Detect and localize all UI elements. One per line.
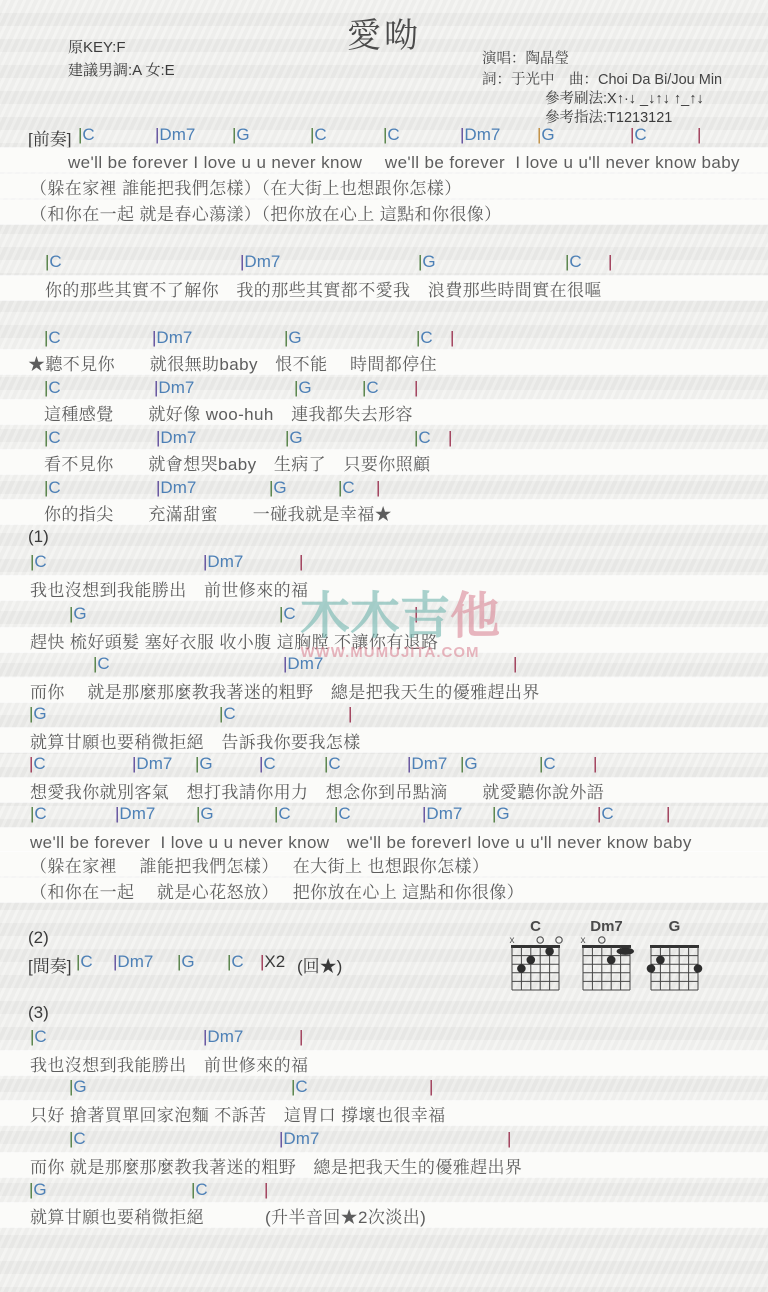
chord-token: |C <box>44 378 61 398</box>
chord-diagram-G: G <box>647 918 703 990</box>
finger-dot <box>647 964 656 973</box>
chord-token: |G <box>232 125 250 145</box>
chord-token: | <box>593 754 597 774</box>
lyric-line: （躲在家裡 誰能把我們怎樣）（在大街上也想跟你怎樣） <box>0 174 768 198</box>
chords-line: |C|Dm7|G|C| <box>0 378 768 402</box>
lyric-line: 我也沒想到我能勝出 前世修來的福 <box>0 576 768 600</box>
measure-bar: | <box>414 378 418 397</box>
lyric-text: 想愛我你就別客氣 想打我請你用力 想念你到吊點滴 就愛聽你說外語 <box>30 778 604 803</box>
chord-token: |Dm7 <box>407 754 447 774</box>
chord-token: |C <box>69 1129 86 1149</box>
barre <box>617 948 634 955</box>
chord-token: | <box>414 604 418 624</box>
chord-token: |C <box>29 754 46 774</box>
chord-token: | <box>299 552 303 572</box>
section-label: [間奏] <box>28 952 71 977</box>
lyric-text: 我也沒想到我能勝出 前世修來的福 <box>30 1051 308 1076</box>
chord-token: |G <box>196 804 214 824</box>
chord-token: |G <box>537 125 555 145</box>
chords-line: |C|Dm7|G|C|C|Dm7|G|C| <box>0 804 768 828</box>
open-string-marker <box>556 937 562 943</box>
chords-line: |C|Dm7|G|C|C|Dm7|G|C| <box>0 754 768 778</box>
chord-token: |G <box>177 952 195 972</box>
measure-bar: | <box>666 804 670 823</box>
nut <box>650 945 699 948</box>
measure-bar: | <box>513 654 517 673</box>
measure-bar: | <box>507 1129 511 1148</box>
chord-token: |C <box>227 952 244 972</box>
lyric-text: 這種感覺 就好像 woo-huh 連我都失去形容 <box>44 400 413 425</box>
chord-token: | <box>608 252 612 272</box>
lyric-text: （躲在家裡 誰能把我們怎樣）（在大街上也想跟你怎樣） <box>30 174 462 199</box>
lyric-text: 而你 就是那麼那麼教我著迷的粗野 總是把我天生的優雅趕出界 <box>30 678 540 703</box>
chord-token: |C <box>383 125 400 145</box>
chord-token: | <box>348 704 352 724</box>
lyric-line: 你的那些其實不了解你 我的那些其實都不愛我 浪費那些時間實在很嘔 <box>0 276 768 300</box>
chord-token: |Dm7 <box>460 125 500 145</box>
measure-bar: | <box>264 1180 268 1199</box>
chord-token: |C <box>30 804 47 824</box>
muted-string-marker: x <box>581 935 586 946</box>
chord-token: |G <box>284 328 302 348</box>
chord-token: | <box>264 1180 268 1200</box>
diagram-label: Dm7 <box>590 918 623 935</box>
finger-dot <box>545 947 554 956</box>
chord-token: |G <box>285 428 303 448</box>
lyric-text: （和你在一起 就是心花怒放） 把你放在心上 這點和你很像） <box>30 878 524 903</box>
chords-line: |C|Dm7| <box>0 552 768 576</box>
chords-line: |G|C| <box>0 1077 768 1101</box>
lyric-text: we'll be forever I love u u never know w… <box>30 828 692 853</box>
chord-token: |C <box>338 478 355 498</box>
chord-token: |G <box>294 378 312 398</box>
lyric-line: 你的指尖 充滿甜蜜 一碰我就是幸福★ <box>0 500 768 524</box>
lyric-line: 而你 就是那麼那麼教我著迷的粗野 總是把我天生的優雅趕出界 <box>0 678 768 702</box>
chord-token: | <box>429 1077 433 1097</box>
chord-token: |Dm7 <box>155 125 195 145</box>
chord-token: |C <box>44 478 61 498</box>
chord-token: |G <box>29 704 47 724</box>
chord-token: |C <box>291 1077 308 1097</box>
chords-line: |G|C| <box>0 1180 768 1204</box>
chords-line: |C|Dm7| <box>0 654 768 678</box>
lyric-text: （躲在家裡 誰能把我們怎樣） 在大街上 也想跟你怎樣） <box>30 852 489 877</box>
finger-dot <box>527 956 536 965</box>
lyric-text: 趕快 梳好頭髮 塞好衣服 收小腹 這胸膛 不讓你有退路 <box>30 628 438 653</box>
chord-diagram-C: Cx <box>510 918 563 990</box>
nut <box>511 945 560 948</box>
lyric-line: 就算甘願也要稍微拒絕 告訴我你要我怎樣 <box>0 728 768 752</box>
chord-token: |C <box>93 654 110 674</box>
label-line: (3) <box>0 1003 768 1027</box>
lyric-text: （和你在一起 就是春心蕩漾）（把你放在心上 這點和你很像） <box>30 200 502 225</box>
chord-token: |Dm7 <box>422 804 462 824</box>
chord-token: |G <box>492 804 510 824</box>
chord-token: | <box>448 428 452 448</box>
chord-token: |Dm7 <box>279 1129 319 1149</box>
chord-sheet-page: 愛呦 原KEY:F 建議男調:A 女:E 演唱：陶晶瑩 詞：于光中 曲：Choi… <box>0 0 768 1292</box>
chord-token: |G <box>418 252 436 272</box>
chord-token: | <box>697 125 701 145</box>
chords-line: |C|Dm7| <box>0 1027 768 1051</box>
chord-token: |C <box>630 125 647 145</box>
chord-token: | <box>507 1129 511 1149</box>
lyric-line: 只好 搶著買單回家泡麵 不訴苦 這胃口 撐壞也很幸福 <box>0 1101 768 1125</box>
measure-bar: | <box>448 428 452 447</box>
chord-token: |C <box>219 704 236 724</box>
chord-token: | <box>414 378 418 398</box>
measure-bar: | <box>697 125 701 144</box>
lyric-line: 這種感覺 就好像 woo-huh 連我都失去形容 <box>0 400 768 424</box>
chords-line: |C|Dm7|G|C| <box>0 252 768 276</box>
chord-token: |Dm7 <box>203 552 243 572</box>
section-label: [前奏] <box>28 125 71 150</box>
chord-token: |G <box>195 754 213 774</box>
lyric-text: 你的指尖 充滿甜蜜 一碰我就是幸福★ <box>44 500 392 525</box>
chord-token: |G <box>69 604 87 624</box>
finger-dot <box>517 964 526 973</box>
lyric-line: 我也沒想到我能勝出 前世修來的福 <box>0 1051 768 1075</box>
chord-token: |C <box>279 604 296 624</box>
chord-token: |Dm7 <box>113 952 153 972</box>
measure-bar: | <box>376 478 380 497</box>
chord-token: |C <box>44 328 61 348</box>
lyric-text: 而你 就是那麼那麼教我著迷的粗野 總是把我天生的優雅趕出界 <box>30 1153 522 1178</box>
chords-line: [前奏]|C|Dm7|G|C|C|Dm7|G|C| <box>0 125 768 149</box>
chord-token: |G <box>69 1077 87 1097</box>
lyric-line: we'll be forever I love u u never know w… <box>0 828 768 852</box>
chord-token: |C <box>324 754 341 774</box>
chords-line: |C|Dm7|G|C| <box>0 478 768 502</box>
section-label: (3) <box>28 1003 49 1023</box>
song-body: [前奏]|C|Dm7|G|C|C|Dm7|G|C|we'll be foreve… <box>0 0 768 1292</box>
measure-bar: | <box>299 552 303 571</box>
chord-token: | <box>299 1027 303 1047</box>
chord-token: |C <box>310 125 327 145</box>
lyric-line: ★聽不見你 就很無助baby 恨不能 時間都停住 <box>0 350 768 374</box>
chord-token: |C <box>76 952 93 972</box>
measure-bar: | <box>608 252 612 271</box>
chord-token: |G <box>29 1180 47 1200</box>
chord-token: |C <box>44 428 61 448</box>
chord-token: |C <box>414 428 431 448</box>
chord-token: |C <box>274 804 291 824</box>
muted-string-marker: x <box>510 935 515 946</box>
finger-dot <box>694 964 703 973</box>
finger-dot <box>656 956 665 965</box>
chord-diagrams: CxDm7xG <box>480 912 730 1004</box>
diagram-label: G <box>669 918 681 935</box>
lyric-text: ★聽不見你 就很無助baby 恨不能 時間都停住 <box>28 350 437 375</box>
measure-bar: | <box>348 704 352 723</box>
chord-token: |C <box>597 804 614 824</box>
finger-dot <box>607 956 616 965</box>
chords-line: |C|Dm7|G|C| <box>0 328 768 352</box>
section-label: (1) <box>28 527 49 547</box>
section-label: (2) <box>28 928 49 948</box>
chord-token: |C <box>191 1180 208 1200</box>
chord-token: |C <box>78 125 95 145</box>
lyric-line: （躲在家裡 誰能把我們怎樣） 在大街上 也想跟你怎樣） <box>0 852 768 876</box>
lyric-line: 想愛我你就別客氣 想打我請你用力 想念你到吊點滴 就愛聽你說外語 <box>0 778 768 802</box>
chords-line: |G|C| <box>0 704 768 728</box>
chord-token: |C <box>416 328 433 348</box>
open-string-marker <box>537 937 543 943</box>
chords-line: |G|C| <box>0 604 768 628</box>
chord-token: |C <box>259 754 276 774</box>
chord-token: |C <box>30 1027 47 1047</box>
measure-bar: | <box>450 328 454 347</box>
lyric-text: 看不見你 就會想哭baby 生病了 只要你照顧 <box>44 450 430 475</box>
chord-token: |Dm7 <box>115 804 155 824</box>
diagram-label: C <box>530 918 541 935</box>
chord-token: | <box>666 804 670 824</box>
chord-token: |C <box>362 378 379 398</box>
chord-token: |C <box>334 804 351 824</box>
lyric-text: 就算甘願也要稍微拒絕 告訴我你要我怎樣 <box>30 728 361 753</box>
chord-token: |Dm7 <box>283 654 323 674</box>
chord-token: |G <box>460 754 478 774</box>
lyric-line: 看不見你 就會想哭baby 生病了 只要你照顧 <box>0 450 768 474</box>
chord-token: |Dm7 <box>156 478 196 498</box>
lyric-text: we'll be forever I love u u never know w… <box>68 148 740 173</box>
chord-token: |C <box>539 754 556 774</box>
nut <box>582 945 631 948</box>
measure-bar: | <box>414 604 418 623</box>
chord-token: |Dm7 <box>203 1027 243 1047</box>
lyric-text: 我也沒想到我能勝出 前世修來的福 <box>30 576 308 601</box>
chord-token: |Dm7 <box>240 252 280 272</box>
lyric-line: （和你在一起 就是春心蕩漾）（把你放在心上 這點和你很像） <box>0 200 768 224</box>
measure-bar: | <box>299 1027 303 1046</box>
lyric-line: 就算甘願也要稍微拒絕(升半音回★2次淡出) <box>0 1203 768 1227</box>
chord-token: |C <box>565 252 582 272</box>
chord-token: |C <box>30 552 47 572</box>
label-line: (1) <box>0 527 768 551</box>
chords-line: |C|Dm7|G|C| <box>0 428 768 452</box>
measure-bar: | <box>593 754 597 773</box>
lyric-text: 只好 搶著買單回家泡麵 不訴苦 這胃口 撐壞也很幸福 <box>30 1101 446 1126</box>
chords-line: |C|Dm7| <box>0 1129 768 1153</box>
chord-token: |G <box>269 478 287 498</box>
chord-token: | <box>450 328 454 348</box>
chord-token: | <box>513 654 517 674</box>
chord-token: | <box>376 478 380 498</box>
chord-token: |Dm7 <box>156 428 196 448</box>
section-label: (回★) <box>297 952 342 977</box>
open-string-marker <box>599 937 605 943</box>
lyric-line: 趕快 梳好頭髮 塞好衣服 收小腹 這胸膛 不讓你有退路 <box>0 628 768 652</box>
lyric-line: （和你在一起 就是心花怒放） 把你放在心上 這點和你很像） <box>0 878 768 902</box>
chord-token: |Dm7 <box>154 378 194 398</box>
measure-bar: | <box>429 1077 433 1096</box>
chord-diagram-Dm7: Dm7x <box>581 918 635 990</box>
chord-token: |X2 <box>260 952 285 972</box>
lyric-text: 就算甘願也要稍微拒絕 <box>30 1203 204 1228</box>
lyric-text: (升半音回★2次淡出) <box>265 1203 426 1228</box>
chord-token: |Dm7 <box>132 754 172 774</box>
lyric-text: 你的那些其實不了解你 我的那些其實都不愛我 浪費那些時間實在很嘔 <box>45 276 602 301</box>
chord-token: |C <box>45 252 62 272</box>
lyric-line: we'll be forever I love u u never know w… <box>0 148 768 172</box>
lyric-line: 而你 就是那麼那麼教我著迷的粗野 總是把我天生的優雅趕出界 <box>0 1153 768 1177</box>
chord-token: |Dm7 <box>152 328 192 348</box>
